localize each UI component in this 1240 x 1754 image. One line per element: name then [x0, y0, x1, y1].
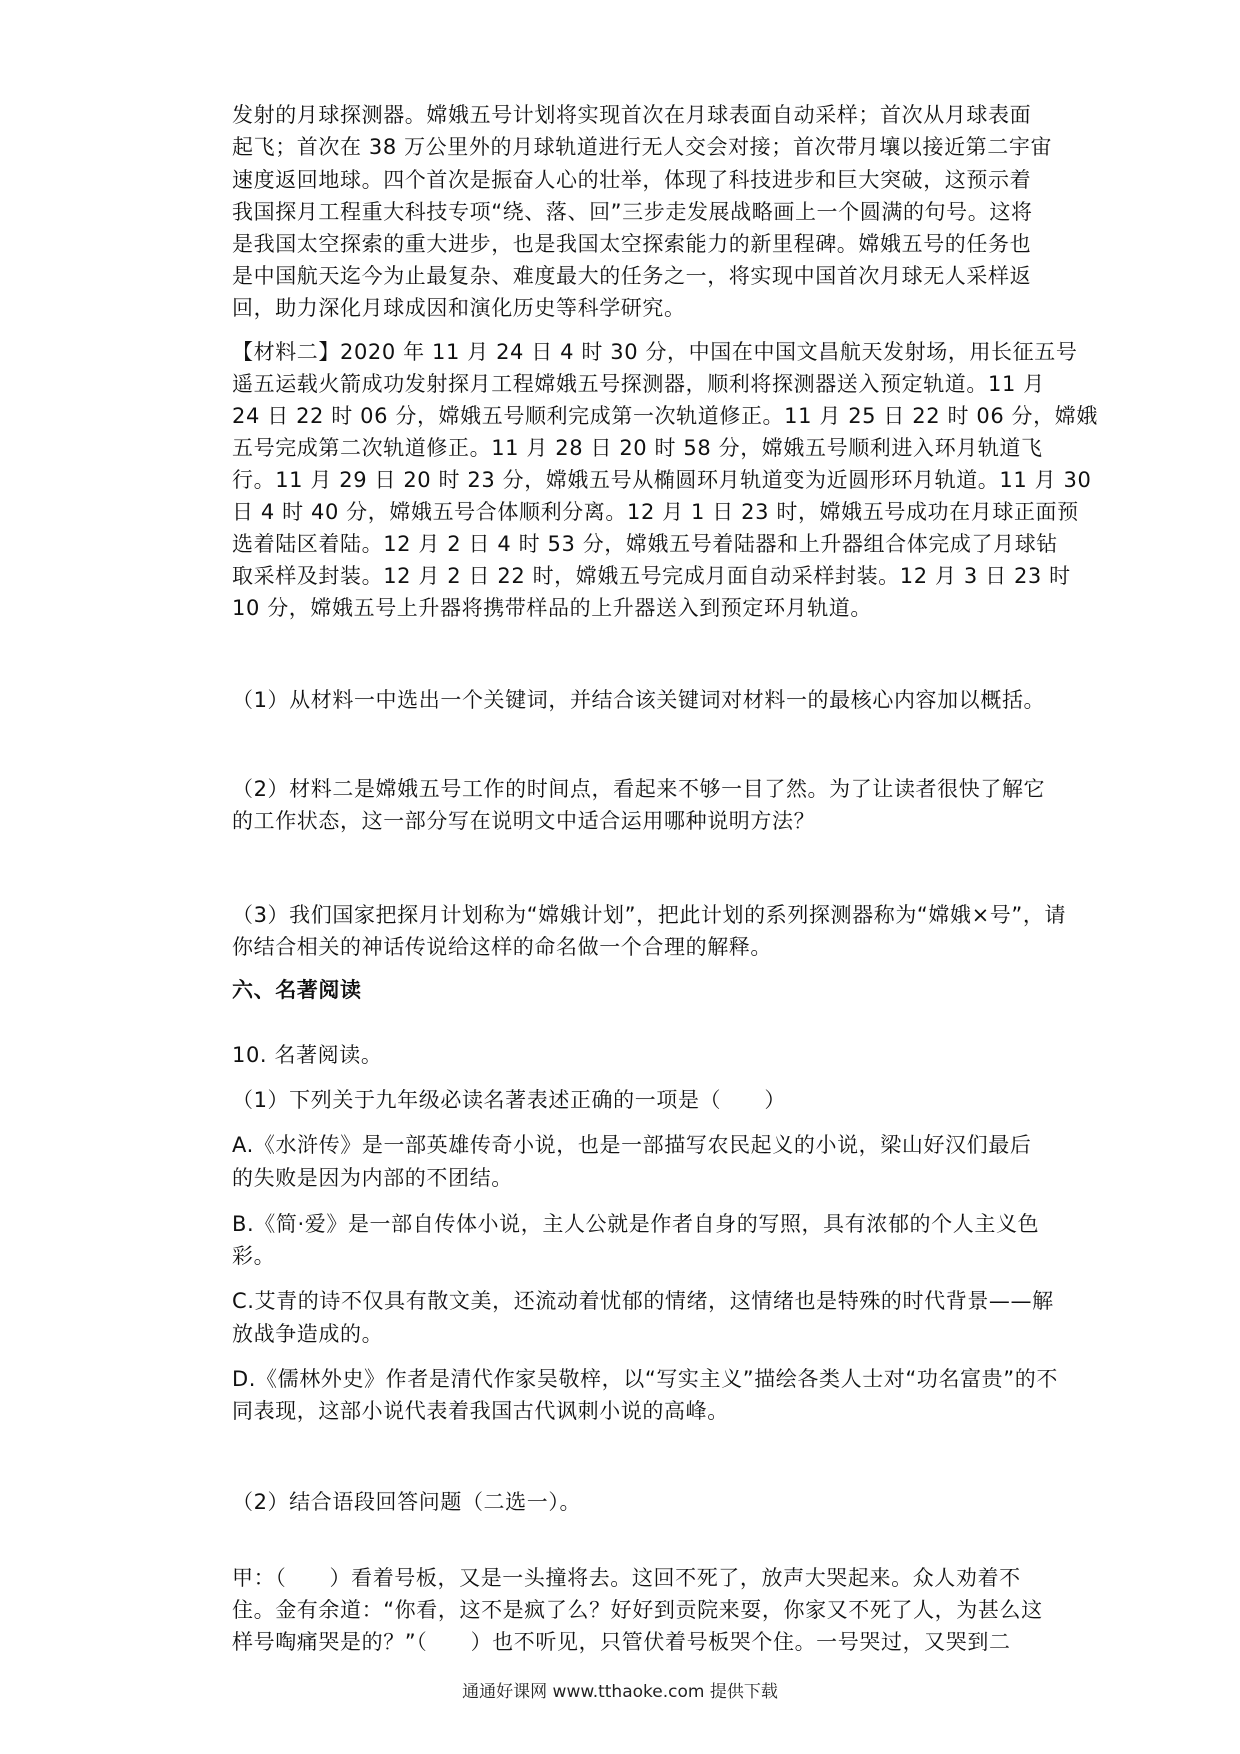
text-line: 24 日 22 时 06 分，嫦娥五号顺利完成第一次轨道修正。11 月 25 日…: [232, 402, 1044, 430]
text-line: 是中国航天迄今为止最复杂、难度最大的任务之一，将实现中国首次月球无人采样返: [232, 262, 1044, 290]
passage-line: 样号啕痛哭是的？”（ ）也不听见，只管伏着号板哭个住。一号哭过，又哭到二: [232, 1628, 1044, 1656]
item-title: 10. 名著阅读。: [232, 1041, 1044, 1069]
text-line: 五号完成第二次轨道修正。11 月 28 日 20 时 58 分，嫦娥五号顺利进入…: [232, 434, 1044, 462]
text-line: 日 4 时 40 分，嫦娥五号合体顺利分离。12 月 1 日 23 时，嫦娥五号…: [232, 498, 1044, 526]
sub-question-2: （2）结合语段回答问题（二选一）。: [232, 1488, 1044, 1516]
question-2-line: 的工作状态，这一部分写在说明文中适合运用哪种说明方法？: [232, 807, 1044, 835]
option-a-line: A.《水浒传》是一部英雄传奇小说，也是一部描写农民起义的小说，梁山好汉们最后: [232, 1131, 1044, 1159]
option-c-line: 放战争造成的。: [232, 1320, 1044, 1348]
sub-question-1: （1）下列关于九年级必读名著表述正确的一项是（ ）: [232, 1086, 1044, 1114]
passage-line: 甲：（ ）看着号板，又是一头撞将去。这回不死了，放声大哭起来。众人劝着不: [232, 1564, 1044, 1592]
question-2-line: （2）材料二是嫦娥五号工作的时间点，看起来不够一目了然。为了让读者很快了解它: [232, 775, 1044, 803]
option-c-line: C.艾青的诗不仅具有散文美，还流动着忧郁的情绪，这情绪也是特殊的时代背景——解: [232, 1287, 1044, 1315]
text-line: 发射的月球探测器。嫦娥五号计划将实现首次在月球表面自动采样；首次从月球表面: [232, 101, 1044, 129]
text-line: 选着陆区着陆。12 月 2 日 4 时 53 分，嫦娥五号着陆器和上升器组合体完…: [232, 530, 1044, 558]
text-line: 我国探月工程重大科技专项“绕、落、回”三步走发展战略画上一个圆满的句号。这将: [232, 198, 1044, 226]
option-a-line: 的失败是因为内部的不团结。: [232, 1164, 1044, 1192]
question-3-line: （3）我们国家把探月计划称为“嫦娥计划”，把此计划的系列探测器称为“嫦娥×号”，…: [232, 901, 1044, 929]
text-line: 遥五运载火箭成功发射探月工程嫦娥五号探测器，顺利将探测器送入预定轨道。11 月: [232, 370, 1044, 398]
text-line: 是我国太空探索的重大进步，也是我国太空探索能力的新里程碑。嫦娥五号的任务也: [232, 230, 1044, 258]
option-b-line: 彩。: [232, 1242, 1044, 1270]
option-b-line: B.《简·爱》是一部自传体小说，主人公就是作者自身的写照，具有浓郁的个人主义色: [232, 1210, 1044, 1238]
question-3-line: 你结合相关的神话传说给这样的命名做一个合理的解释。: [232, 933, 1044, 961]
text-line: 10 分，嫦娥五号上升器将携带样品的上升器送入到预定环月轨道。: [232, 594, 1044, 622]
question-1: （1）从材料一中选出一个关键词，并结合该关键词对材料一的最核心内容加以概括。: [232, 686, 1044, 714]
text-line: 起飞；首次在 38 万公里外的月球轨道进行无人交会对接；首次带月壤以接近第二宇宙: [232, 133, 1044, 161]
page-footer: 通通好课网 www.tthaoke.com 提供下载: [0, 1680, 1240, 1704]
text-line: 【材料二】2020 年 11 月 24 日 4 时 30 分，中国在中国文昌航天…: [232, 338, 1044, 366]
text-line: 取采样及封装。12 月 2 日 22 时，嫦娥五号完成月面自动采样封装。12 月…: [232, 562, 1044, 590]
text-line: 速度返回地球。四个首次是振奋人心的壮举，体现了科技进步和巨大突破，这预示着: [232, 166, 1044, 194]
text-line: 行。11 月 29 日 20 时 23 分，嫦娥五号从椭圆环月轨道变为近圆形环月…: [232, 466, 1044, 494]
section-heading: 六、名著阅读: [232, 976, 1044, 1004]
passage-line: 住。金有余道：“你看，这不是疯了么？好好到贡院来耍，你家又不死了人，为甚么这: [232, 1596, 1044, 1624]
text-line: 回，助力深化月球成因和演化历史等科学研究。: [232, 294, 1044, 322]
option-d-line: D.《儒林外史》作者是清代作家吴敬梓，以“写实主义”描绘各类人士对“功名富贵”的…: [232, 1365, 1044, 1393]
option-d-line: 同表现，这部小说代表着我国古代讽刺小说的高峰。: [232, 1397, 1044, 1425]
